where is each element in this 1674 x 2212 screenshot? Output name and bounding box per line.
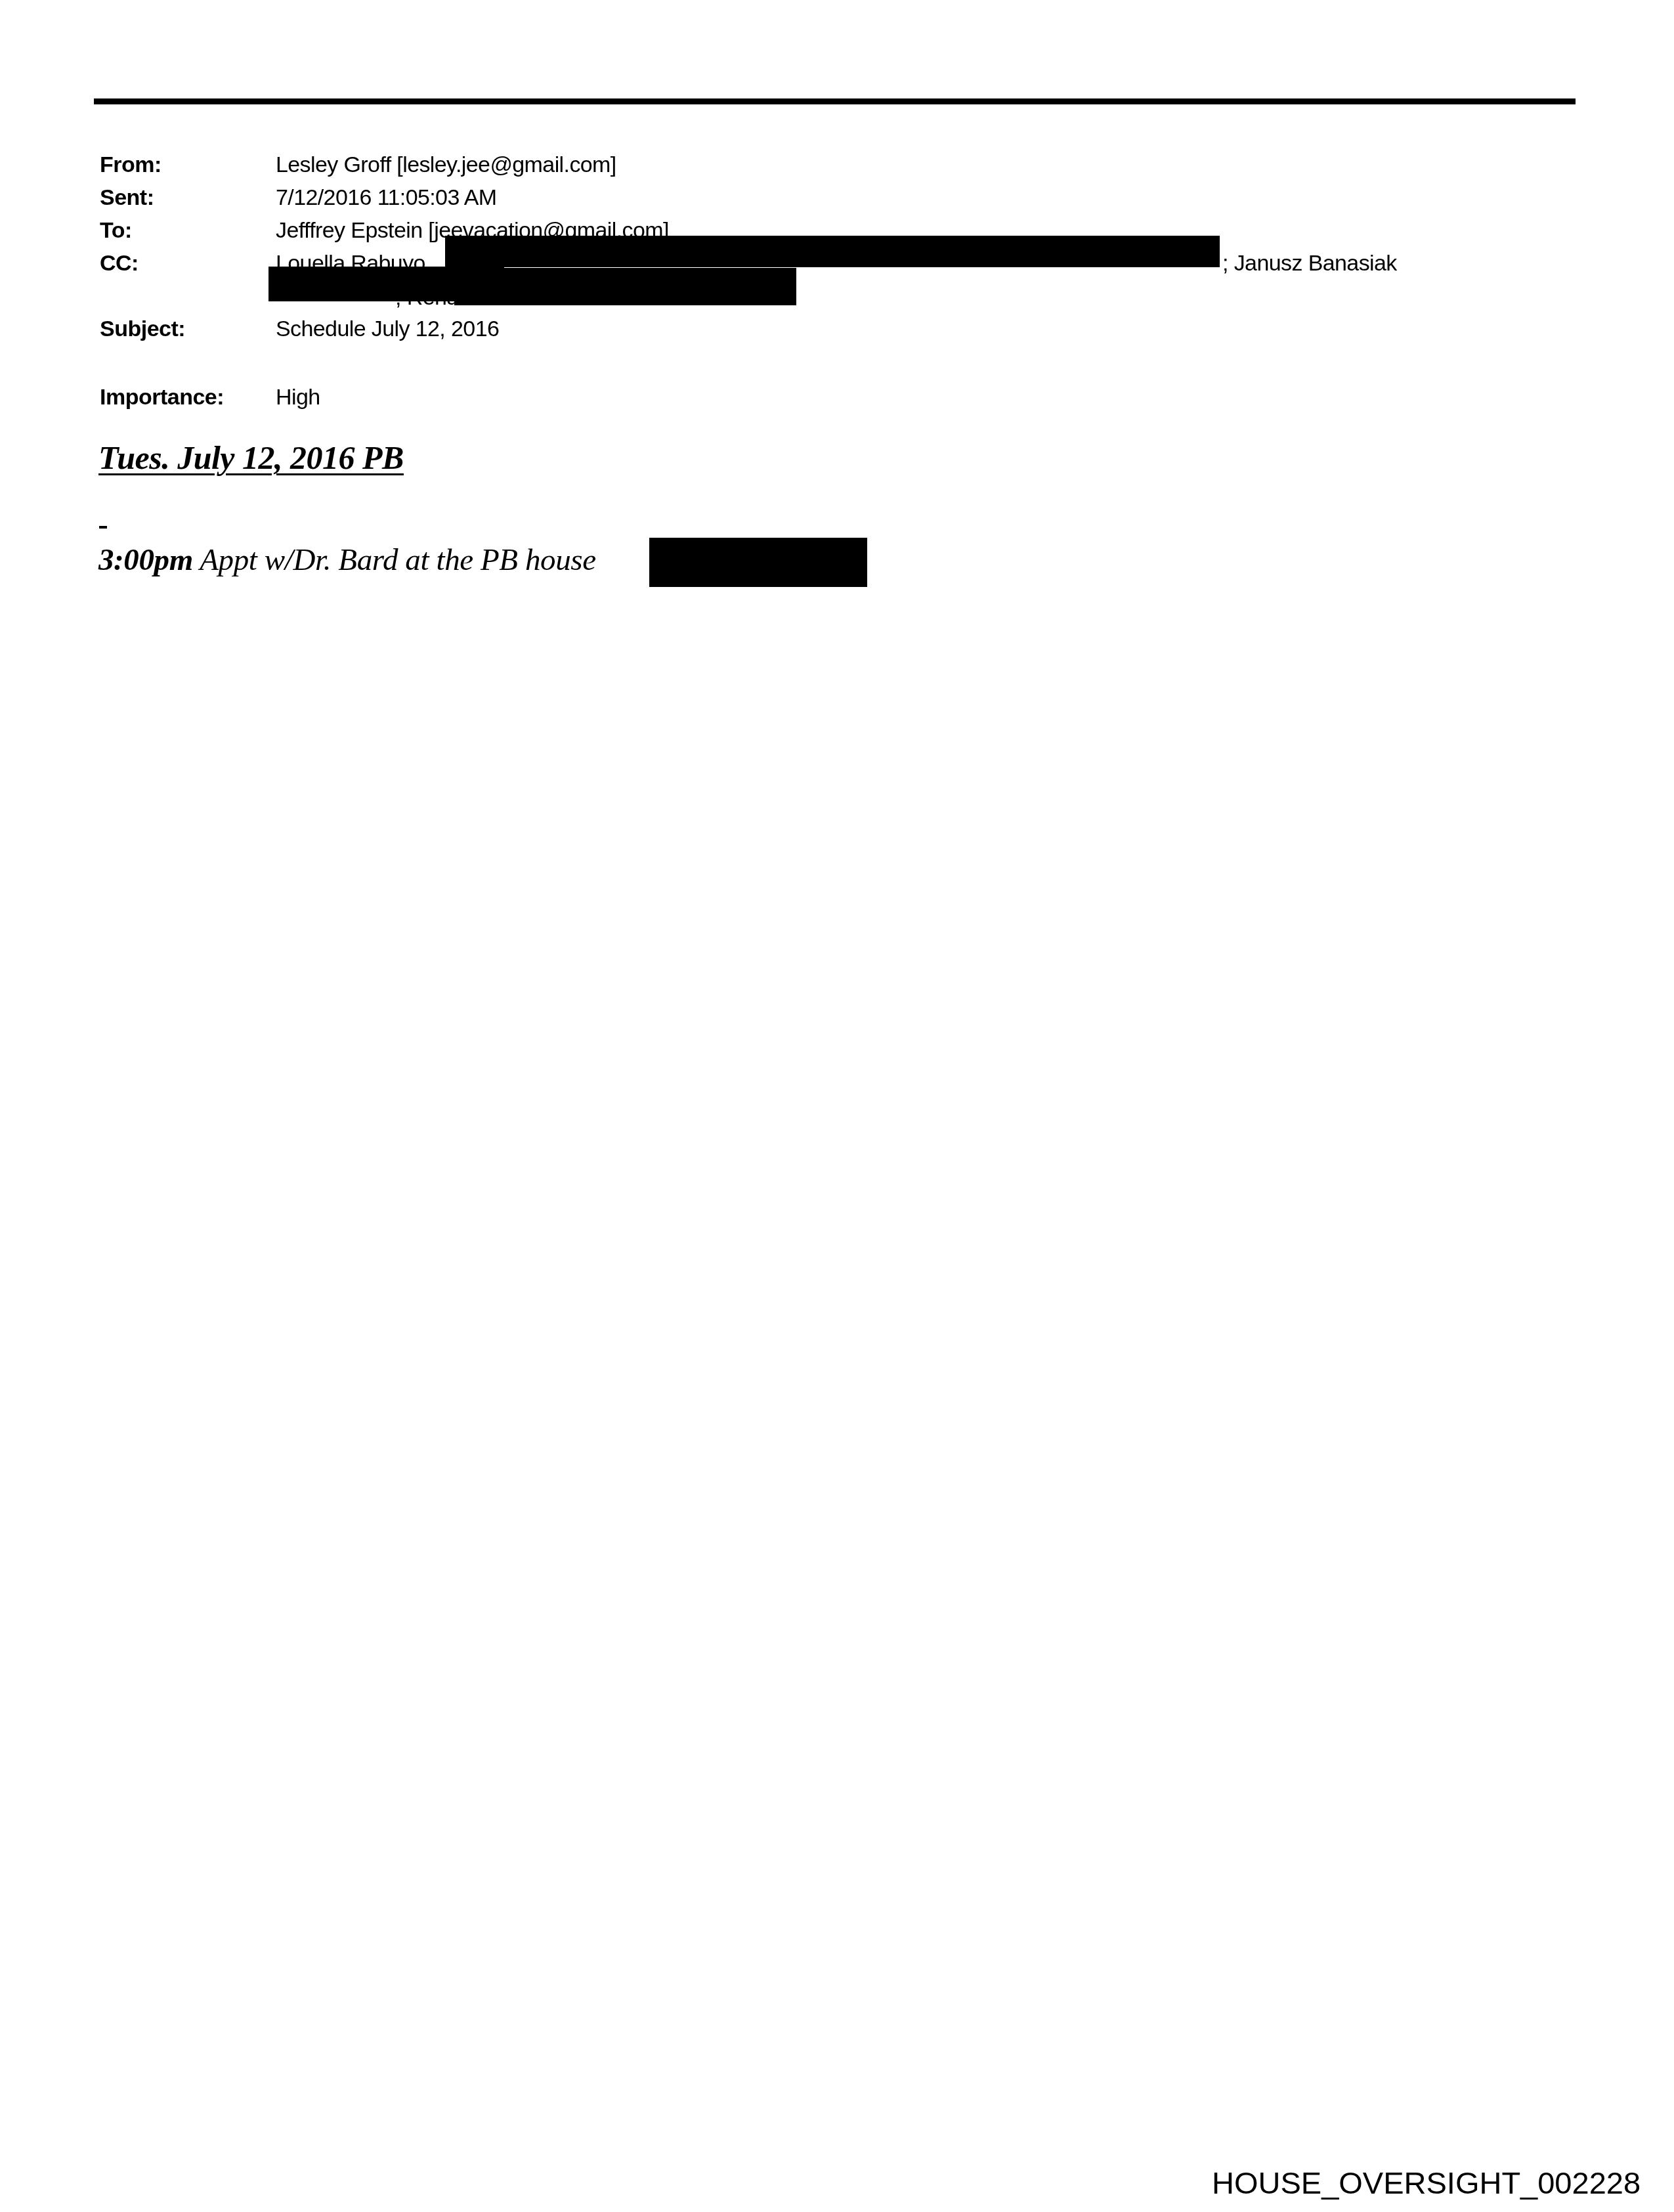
subject-value: Schedule July 12, 2016 (276, 318, 499, 340)
bates-stamp: HOUSE_OVERSIGHT_002228 (1212, 2167, 1641, 2198)
schedule-entry: 3:00pm Appt w/Dr. Bard at the PB house (98, 545, 596, 576)
from-label: From: (100, 154, 161, 176)
to-label: To: (100, 219, 132, 242)
redaction-box-cc-1 (445, 236, 1220, 267)
importance-value: High (276, 386, 320, 408)
redaction-box-body (649, 538, 867, 587)
header-divider-rule (94, 98, 1576, 104)
subject-label: Subject: (100, 318, 185, 340)
schedule-entry-time: 3:00pm (98, 543, 193, 577)
cc-label: CC: (100, 252, 139, 274)
sent-label: Sent: (100, 186, 154, 209)
sent-value: 7/12/2016 11:05:03 AM (276, 186, 497, 209)
schedule-entry-text: Appt w/Dr. Bard at the PB house (193, 543, 596, 577)
dash-mark (99, 526, 107, 529)
from-value: Lesley Groff [lesley.jee@gmail.com] (276, 154, 616, 176)
redaction-box-cc-3 (454, 268, 796, 305)
importance-label: Importance: (100, 386, 224, 408)
cc-recipient-janusz: ; Janusz Banasiak (1222, 252, 1397, 274)
schedule-heading: Tues. July 12, 2016 PB (98, 441, 404, 474)
